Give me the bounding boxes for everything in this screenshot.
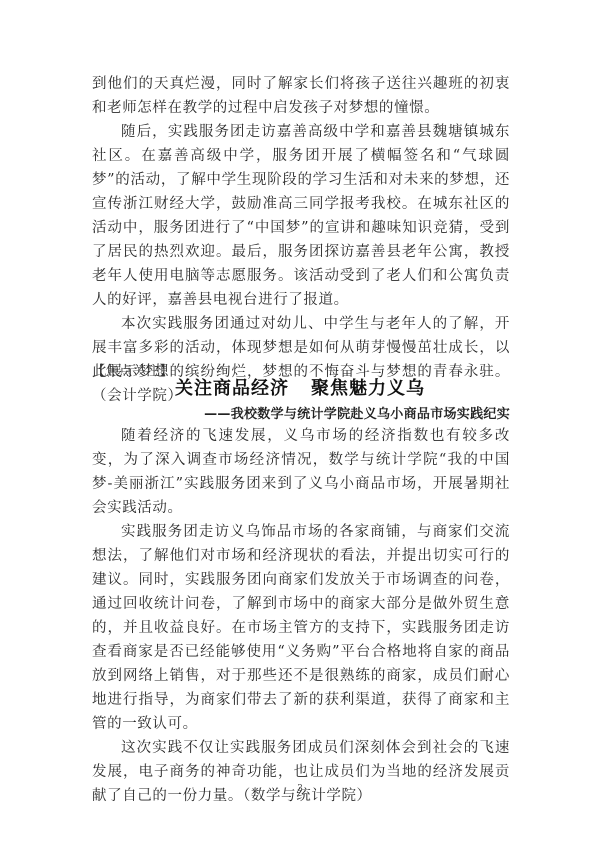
paragraph-market-visit: 实践服务团走访义乌饰品市场的各家商铺，与商家们交流想法，了解他们对市场和经济现状…: [92, 520, 510, 736]
article-subtitle: ——我校数学与统计学院赴义乌小商品市场实践纪实: [204, 403, 510, 422]
paragraph-continuation: 到他们的天真烂漫，同时了解家长们将孩子送往兴趣班的初衷和老师怎样在教学的过程中启…: [92, 72, 510, 120]
article-title-part2: 聚焦魅力义乌: [311, 378, 425, 399]
paragraph-intro: 随着经济的飞速发展，义乌市场的经济指数也有较多改变，为了深入调查市场经济情况，数…: [92, 424, 510, 520]
article-body: 随着经济的飞速发展，义乌市场的经济指数也有较多改变，为了深入调查市场经济情况，数…: [92, 424, 510, 808]
page-number: 3: [0, 784, 600, 794]
article-title: 关注商品经济聚焦魅力义乌: [0, 374, 600, 400]
article-title-part1: 关注商品经济: [175, 378, 289, 399]
paragraph-conclusion: 这次实践不仅让实践服务团成员们深刻体会到社会的飞速发展，电子商务的神奇功能，也让…: [92, 736, 510, 808]
document-page: 到他们的天真烂漫，同时了解家长们将孩子送往兴趣班的初衷和老师怎样在教学的过程中启…: [0, 0, 600, 848]
paragraph-jiashan-visit: 随后，实践服务团走访嘉善高级中学和嘉善县魏塘镇城东社区。在嘉善高级中学，服务团开…: [92, 120, 510, 312]
top-section: 到他们的天真烂漫，同时了解家长们将孩子送往兴趣班的初衷和老师怎样在教学的过程中启…: [92, 72, 510, 408]
